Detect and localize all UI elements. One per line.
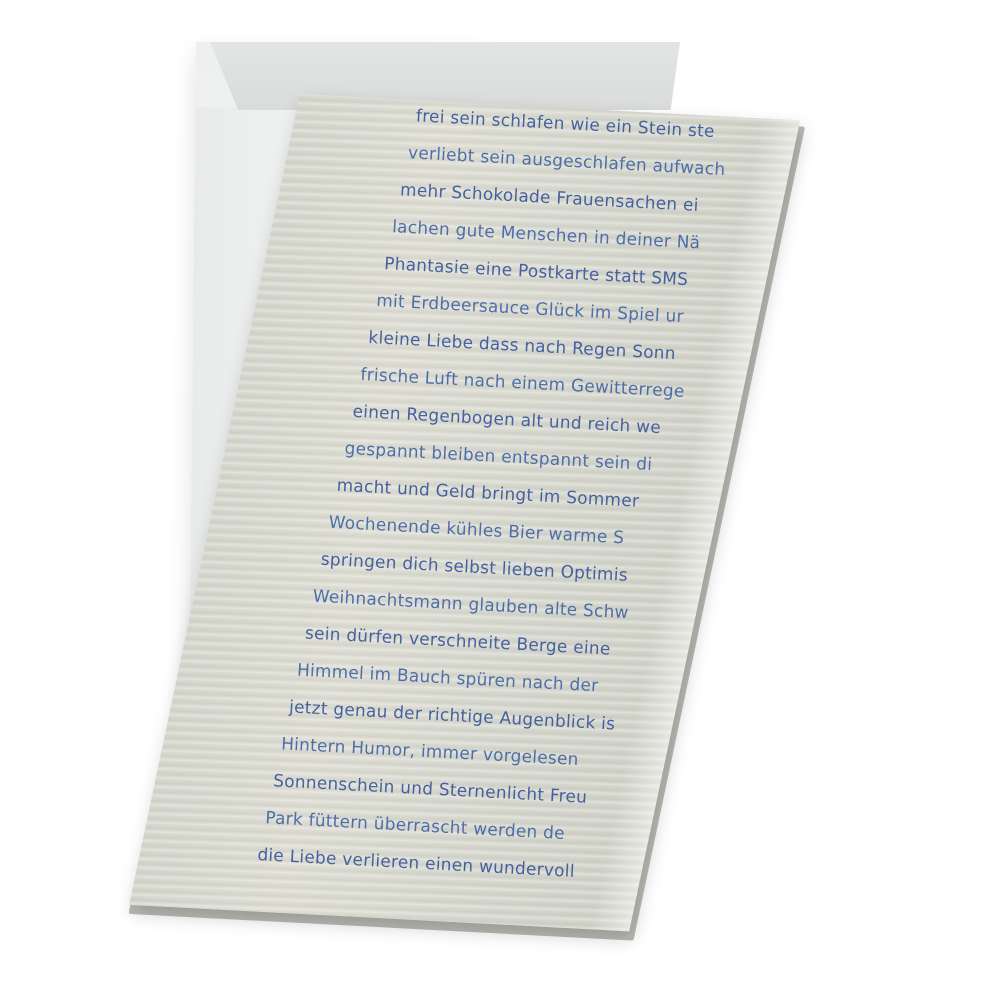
card-line: springen dich selbst lieben Optimis [320, 550, 628, 586]
card-line: einen Regenbogen alt und reich we [352, 402, 661, 438]
card-line: Wochenende kühles Bier warme S [328, 513, 624, 549]
card-line: Himmel im Bauch spüren nach der [297, 660, 599, 696]
card-line: mehr Schokolade Frauensachen ei [400, 180, 700, 216]
card-line: sein dürfen verschneite Berge eine [304, 623, 611, 659]
card-line: Phantasie eine Postkarte statt SMS [384, 254, 689, 290]
card-line: Park füttern überrascht werden de [265, 808, 566, 844]
envelope-flap [210, 42, 680, 110]
product-photo: frei sein schlafen wie ein Stein ste ver… [0, 0, 1000, 1000]
card-line: jetzt genau der richtige Augenblick is [289, 697, 616, 734]
card-line: die Liebe verlieren einen wundervoll [257, 845, 575, 882]
card-line: Hintern Humor, immer vorgelesen [281, 734, 579, 770]
card-line: Sonnenschein und Sternenlicht Freu [273, 771, 588, 808]
card-line: kleine Liebe dass nach Regen Sonn [368, 328, 676, 364]
card-line: gespannt bleiben entspannt sein di [344, 439, 653, 475]
card-line: lachen gute Menschen in deiner Nä [392, 217, 701, 253]
card-line: frische Luft nach einem Gewitterrege [360, 365, 685, 402]
card-line: Weihnachtsmann glauben alte Schw [312, 586, 629, 623]
card-line: frei sein schlafen wie ein Stein ste [415, 106, 715, 142]
card-line: mit Erdbeersauce Glück im Spiel ur [376, 291, 684, 327]
card-line: verliebt sein ausgeschlafen aufwach [408, 143, 726, 180]
card-line: macht und Geld bringt im Sommer [336, 476, 639, 512]
